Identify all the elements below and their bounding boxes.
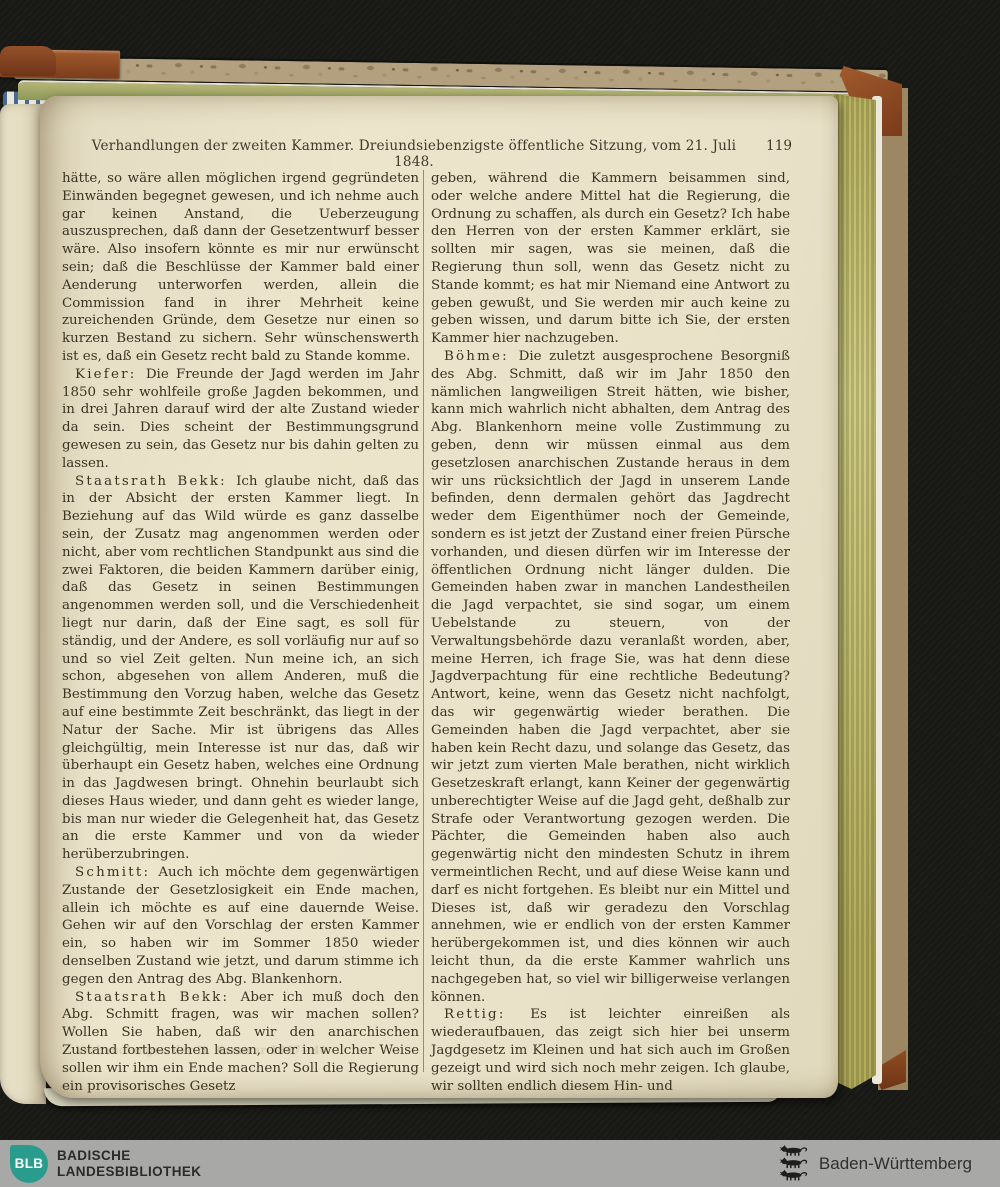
text-paragraph: Böhme: Die zuletzt ausgesprochene Besorg… (431, 348, 790, 1006)
speaker-name: Böhme: (444, 349, 519, 364)
blb-logo-text: BLB (15, 1156, 44, 1171)
text-paragraph: Rettig: Es ist leichter einreißen als wi… (431, 1006, 790, 1095)
speaker-name: Kiefer: (75, 367, 146, 382)
library-branding: BLB BADISCHE LANDESBIBLIOTHEK (0, 1145, 201, 1183)
speaker-name: Schmitt: (75, 865, 158, 880)
text-paragraph: Staatsrath Bekk: Ich glaube nicht, daß d… (62, 473, 419, 865)
coat-of-arms-icon (779, 1145, 809, 1182)
library-name: BADISCHE LANDESBIBLIOTHEK (57, 1148, 201, 1180)
blb-logo-icon: BLB (10, 1145, 48, 1183)
running-header: Verhandlungen der zweiten Kammer. Dreiun… (80, 138, 748, 170)
text-column-right: geben, während die Kammern beisammen sin… (431, 170, 790, 1095)
text-paragraph: hätte, so wäre allen möglichen irgend ge… (62, 170, 419, 366)
speaker-name: Staatsrath Bekk: (75, 474, 236, 489)
footer-bar: BLB BADISCHE LANDESBIBLIOTHEK (0, 1140, 1000, 1187)
state-label: Baden-Württemberg (819, 1154, 972, 1174)
text-paragraph: Kiefer: Die Freunde der Jagd werden im J… (62, 366, 419, 473)
column-divider-rule (423, 170, 424, 1072)
page-number: 119 (766, 138, 792, 154)
text-paragraph: geben, während die Kammern beisammen sin… (431, 170, 790, 348)
speaker-name: Staatsrath Bekk: (75, 990, 241, 1005)
speaker-name: Rettig: (444, 1007, 530, 1022)
text-paragraph: Staatsrath Bekk: Aber ich muß doch den A… (62, 989, 419, 1096)
page-block-fore-edge (834, 94, 876, 1096)
text-paragraph: Schmitt: Auch ich möchte dem gegenwärtig… (62, 864, 419, 989)
text-column-left: hätte, so wäre allen möglichen irgend ge… (62, 170, 419, 1095)
marbled-cover-right (878, 88, 908, 1090)
state-branding: Baden-Württemberg (779, 1145, 1000, 1182)
book-page: Verhandlungen der zweiten Kammer. Dreiun… (40, 96, 838, 1098)
show-through-signature-line: Verhandlungen der II. Kammer 1847—48. (76, 1044, 332, 1057)
leather-spine-cap (0, 46, 56, 76)
scanned-book-photo: Verhandlungen der zweiten Kammer. Dreiun… (0, 0, 1000, 1187)
